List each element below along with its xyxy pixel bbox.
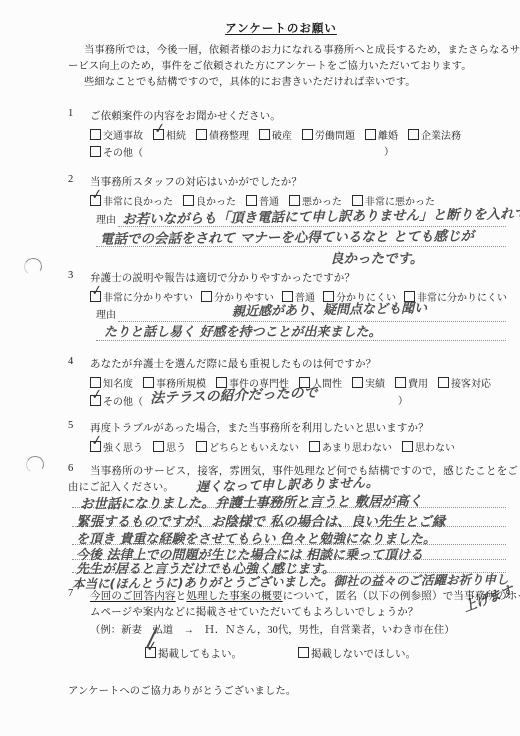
q7-publish-no-option: ✓掲載しないでほしい。	[298, 644, 426, 662]
option-debt-consolidation: ✓債務整理	[196, 127, 249, 142]
option-labor-issue: ✓労働問題	[302, 127, 355, 142]
q7-number: 7	[68, 588, 73, 599]
q1-text: ご依頼案件の内容をお聞かせください。	[90, 108, 281, 123]
checkbox-icon: ✓	[259, 129, 270, 140]
checkbox-icon: ✓	[302, 129, 313, 140]
q1-other-row: ✓その他（	[90, 143, 153, 161]
q7-text-line1: 今回のご回答内容と処理した事案の概要について，匿名（以下の例参照）で当事務所のホ…	[90, 588, 520, 603]
option-do-not-publish: ✓掲載しないでほしい。	[298, 646, 416, 661]
q2-number: 2	[68, 174, 73, 185]
option-track-record: ✓実績	[352, 375, 385, 390]
checkbox-icon: ✓	[309, 441, 320, 452]
option-customer-service: ✓接客対応	[438, 375, 491, 390]
checkbox-icon: ✓	[352, 377, 363, 388]
checkmark-icon: ✓	[90, 387, 104, 402]
checkmark-icon: ✓	[153, 121, 167, 136]
q7-example-line: （例：新妻 弘道 → Ｈ．Ｎさん，30代，男性，自営業者，いわき市在住）	[90, 621, 455, 636]
checkmark-icon: ✓	[90, 187, 104, 202]
checkbox-icon: ✓	[90, 129, 101, 140]
option-very-clear: ✓非常に分かりやすい	[90, 289, 193, 304]
option-inheritance: ✓相続	[153, 127, 186, 142]
checkbox-icon: ✓	[201, 291, 212, 302]
checkbox-icon: ✓	[90, 195, 101, 206]
checkbox-icon: ✓	[153, 129, 164, 140]
q4-other-row: ✓その他（	[90, 392, 153, 410]
checkbox-icon: ✓	[90, 395, 101, 406]
q7-text-rest: について，匿名（以下の例参照）で当事務所のホー	[283, 591, 520, 602]
closing-thanks: アンケートへのご協力ありがとうございました。	[68, 682, 296, 697]
q6-handwritten-line2: 緊張するものですが、お陰様で 私の場合は、良い先生とご縁	[76, 510, 445, 530]
checkbox-icon: ✓	[402, 441, 413, 452]
option-traffic-accident: ✓交通事故	[90, 127, 143, 142]
checkbox-icon: ✓	[143, 377, 154, 388]
q2-handwritten-answer-line3: 良かったです。	[330, 247, 423, 267]
q2-handwritten-answer-line2: 電話での会話をされて マナーを心得ているなと とても感じが	[100, 224, 474, 247]
q4-other-close-paren: ）	[398, 392, 408, 407]
checkbox-icon: ✓	[90, 146, 101, 157]
q3-reason-label: 理由	[96, 306, 116, 321]
q7-text-connector: と	[176, 591, 187, 602]
q7-underlined-phrase2: 処理した事案の概要	[186, 591, 282, 602]
checkbox-icon: ✓	[196, 129, 207, 140]
intro-line-2: ービス向上のため，事件をご依頼された方にアンケートをご協力いただいております。	[68, 57, 472, 72]
q7-text-line2: ムページや案内などに掲載させていただいてもよろしいでしょうか？	[90, 604, 418, 619]
intro-line-3: 些細なことでも結構ですので，具体的にお書きいただければ幸いです。	[84, 73, 416, 88]
checkbox-icon: ✓	[395, 377, 406, 388]
checkmark-icon: ✓	[90, 283, 104, 298]
q3-number: 3	[68, 270, 73, 281]
q3-handwritten-answer-line2: たりと話し易く 好感を持つことが出来ました。	[104, 321, 382, 340]
option-other: ✓その他（	[90, 393, 143, 408]
q1-number: 1	[68, 108, 73, 119]
checkbox-icon: ✓	[183, 195, 194, 206]
checkbox-icon: ✓	[90, 441, 101, 452]
binder-hole-icon	[22, 256, 43, 276]
option-bankruptcy: ✓破産	[259, 127, 292, 142]
checkbox-icon: ✓	[289, 195, 300, 206]
checkbox-icon: ✓	[196, 441, 207, 452]
option-may-publish: ✓掲載してもよい。	[145, 646, 242, 661]
option-neither: ✓どちらともいえない	[196, 439, 299, 454]
checkbox-icon: ✓	[298, 647, 309, 658]
option-strongly-think-so: ✓強く思う	[90, 439, 143, 454]
q7-underlined-phrase1: 今回のご回答内容	[90, 591, 176, 602]
q5-options-row: ✓強く思う✓思う✓どちらともいえない✓あまり思わない✓思わない	[90, 438, 465, 456]
q6-number: 6	[68, 463, 73, 474]
checkbox-icon: ✓	[365, 129, 376, 140]
option-do-not-think-so: ✓思わない	[402, 439, 455, 454]
checkbox-icon: ✓	[438, 377, 449, 388]
q3-text: 弁護士の説明や報告は適切で分かりやすかったですか？	[90, 270, 355, 285]
option-corporate-law: ✓企業法務	[408, 127, 461, 142]
q1-other-close-paren: ）	[384, 143, 394, 158]
q2-text: 当事務所スタッフの対応はいかがでしたか？	[90, 174, 302, 189]
q4-text: あなたが弁護士を選んだ際に最も重視したものは何ですか？	[90, 356, 376, 371]
q5-text: 再度トラブルがあった場合，また当事務所を利用したいと思いますか？	[90, 420, 429, 435]
document-title: アンケートのお願い	[56, 20, 506, 36]
option-divorce: ✓離婚	[365, 127, 398, 142]
intro-line-1: 当事務所では，今後一層，依頼者様のお力になれる事務所へと成長するため，またさらな…	[84, 41, 520, 56]
checkbox-icon: ✓	[153, 441, 164, 452]
survey-document: アンケートのお願い 当事務所では，今後一層，依頼者様のお力になれる事務所へと成長…	[0, 0, 520, 736]
q1-options-row: ✓交通事故✓相続✓債務整理✓破産✓労働問題✓離婚✓企業法務	[90, 126, 471, 144]
checkbox-icon: ✓	[145, 647, 156, 658]
q5-number: 5	[68, 420, 73, 431]
checkbox-icon: ✓	[246, 195, 257, 206]
option-think-so: ✓思う	[153, 439, 186, 454]
checkbox-icon: ✓	[408, 129, 419, 140]
q7-publish-ok-option: ✓掲載してもよい。	[145, 644, 252, 662]
q4-number: 4	[68, 356, 73, 367]
checkmark-icon: ✓	[90, 433, 104, 448]
option-not-really: ✓あまり思わない	[309, 439, 392, 454]
binder-hole-icon	[24, 454, 45, 474]
q3-handwritten-answer-line1: 親近感があり、疑問点なども聞い	[232, 297, 427, 319]
q2-reason-label: 理由	[96, 211, 116, 226]
checkbox-icon: ✓	[90, 291, 101, 302]
option-fee: ✓費用	[395, 375, 428, 390]
answer-ruled-line	[96, 340, 506, 341]
option-other: ✓その他（	[90, 144, 143, 159]
option-very-good: ✓非常に良かった	[90, 193, 173, 208]
